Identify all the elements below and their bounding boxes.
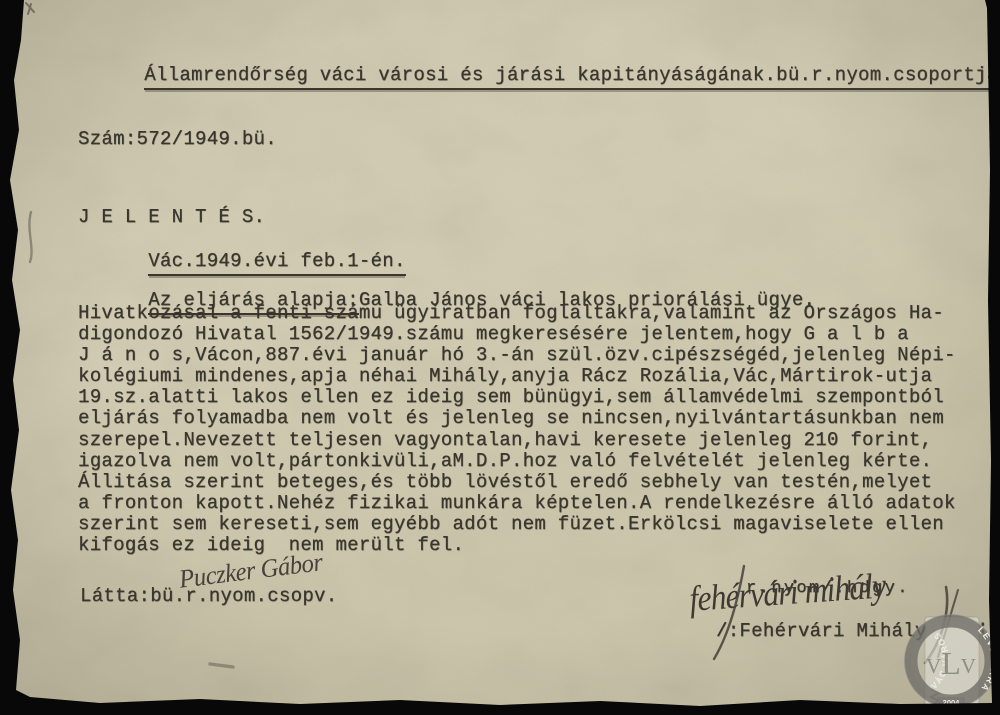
stamp-monogram-l: L (941, 645, 961, 681)
stamp-monogram-v1: V (926, 654, 941, 678)
report-body: Hivatkozásal a fenti számu ügyiratban fo… (78, 303, 956, 556)
body-line: eljárás folyamadba nem volt és jelenleg … (78, 408, 956, 429)
body-line: szerepel.Nevezett teljesen vagyontalan,h… (78, 430, 956, 451)
body-line: igazolva nem volt,pártonkivüli,aM.D.P.ho… (78, 451, 956, 472)
body-line: 19.sz.alatti lakos ellen ez ideig sem bü… (78, 387, 956, 408)
stamp-year: 2004 (943, 698, 961, 707)
case-number: Szám:572/1949.bü. (78, 128, 277, 150)
body-line: szerint sem kereseti,sem egyébb adót nem… (78, 514, 956, 535)
document-header-text: Államrendőrség váci városi és járási kap… (144, 64, 1000, 90)
body-line: Állitása szerint beteges,és több lövéstő… (78, 472, 956, 493)
body-line: Hivatkozásal a fenti számu ügyiratban fo… (78, 303, 956, 324)
body-line: a fronton kapott.Nehéz fizikai munkára k… (78, 493, 956, 514)
document-header: Államrendőrség váci városi és járási kap… (74, 42, 1000, 108)
body-line: kifogás ez ideig nem merült fel. (78, 535, 956, 556)
report-title: J E L E N T É S. (78, 206, 265, 228)
body-line: J á n o s,Vácon,887.évi január hó 3.-án … (78, 345, 956, 366)
body-line: kolégiumi mindenes,apja néhai Mihály,any… (78, 366, 956, 387)
stamp-monogram-v2: V (961, 654, 976, 678)
paper-sheet: Államrendőrség váci városi és járási kap… (0, 0, 1000, 715)
archive-stamp-seal: VÁC VÁROS LEVÉLTÁRA 2004 VLV (891, 601, 1000, 715)
body-line: digondozó Hivatal 1562/1949.számu megker… (78, 324, 956, 345)
scanned-document: Államrendőrség váci városi és járási kap… (0, 0, 1000, 715)
